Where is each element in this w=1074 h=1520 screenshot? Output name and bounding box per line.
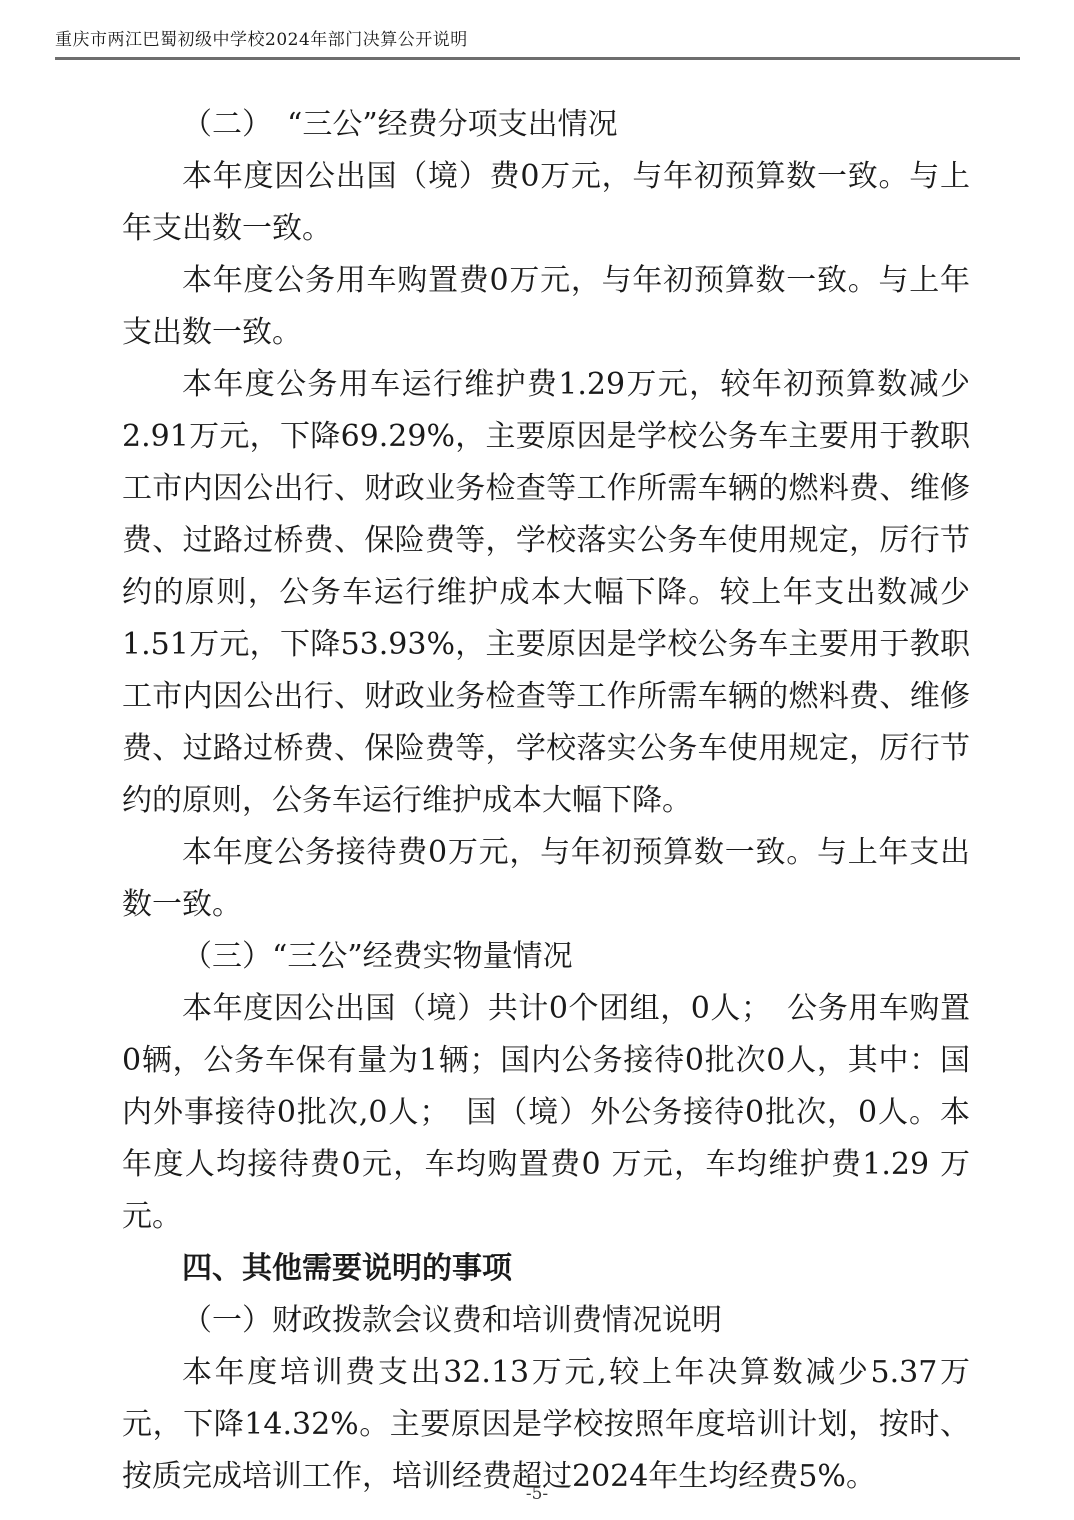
paragraph-official-reception-expense: 本年度公务接待费0万元，与年初预算数一致。与上年支出数一致。 [122,827,970,931]
section-heading-san-gong-breakdown: （二） “三公”经费分项支出情况 [122,99,970,151]
paragraph-abroad-expense: 本年度因公出国（境）费0万元，与年初预算数一致。与上年支出数一致。 [122,151,970,255]
paragraph-physical-quantity-details: 本年度因公出国（境）共计0个团组，0人； 公务用车购置0辆，公务车保有量为1辆；… [122,983,970,1243]
section-heading-san-gong-physical-quantity: （三）“三公”经费实物量情况 [122,931,970,983]
chapter-heading-other-matters: 四、其他需要说明的事项 [122,1243,970,1295]
paragraph-training-fee-details: 本年度培训费支出32.13万元,较上年决算数减少5.37万元，下降14.32%。… [122,1347,970,1503]
header-title: 重庆市两江巴蜀初级中学校2024年部门决算公开说明 [55,30,1020,50]
document-body: （二） “三公”经费分项支出情况 本年度因公出国（境）费0万元，与年初预算数一致… [122,99,970,1503]
page-header: 重庆市两江巴蜀初级中学校2024年部门决算公开说明 [55,30,1020,60]
document-page: 重庆市两江巴蜀初级中学校2024年部门决算公开说明 （二） “三公”经费分项支出… [0,0,1074,1520]
paragraph-vehicle-purchase-expense: 本年度公务用车购置费0万元，与年初预算数一致。与上年支出数一致。 [122,255,970,359]
page-number: -5- [526,1484,548,1504]
page-footer: -5- [0,1484,1074,1504]
section-heading-meeting-training-fees: （一）财政拨款会议费和培训费情况说明 [122,1295,970,1347]
paragraph-vehicle-maintenance-expense: 本年度公务用车运行维护费1.29万元，较年初预算数减少2.91万元，下降69.2… [122,359,970,827]
